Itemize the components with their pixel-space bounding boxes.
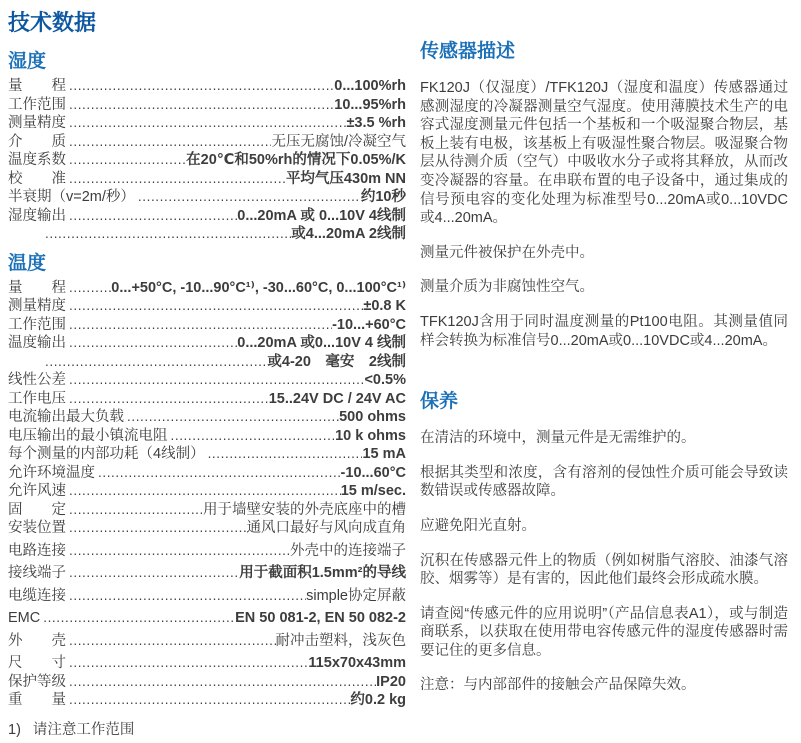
- spec-row: 电缆连接 simple协定屏蔽: [8, 587, 406, 606]
- dot-leader: [205, 445, 363, 464]
- spec-rows: 量 程 0...+50°C, -10...90°C¹⁾, -30...60°C,…: [8, 279, 406, 710]
- dot-leader: [66, 390, 269, 409]
- spec-row: 介 质 无压无腐蚀/冷凝空气: [8, 133, 406, 152]
- spec-row: 固 定 用于墙壁安装的外壳底座中的槽: [8, 501, 406, 520]
- section-paragraphs: FK120J（仅湿度）/TFK120J（湿度和温度）传感器通过感测湿度的冷凝器测…: [420, 79, 788, 350]
- dot-leader: [66, 632, 276, 651]
- dot-leader: [66, 519, 247, 538]
- spec-label: 允许环境温度: [8, 464, 95, 483]
- dot-leader: [66, 96, 334, 115]
- spec-value: -10...60°C: [341, 464, 406, 483]
- spec-value: ±3.5 %rh: [346, 114, 406, 133]
- dot-leader: [66, 334, 237, 353]
- paragraph: 沉积在传感器元件上的物质（例如树脂气溶胶、油漆气溶胶、烟雾等）是有害的，因此他们…: [420, 552, 788, 589]
- dot-leader: [66, 316, 332, 335]
- spec-row: 半衰期（v=2m/秒） 约10秒: [8, 188, 406, 207]
- spec-label: 测量精度: [8, 297, 66, 316]
- dot-leader: [124, 408, 339, 427]
- spec-label: 电流输出最大负载: [8, 408, 124, 427]
- spec-value: 0...100%rh: [334, 77, 406, 96]
- spec-row: 线性公差 <0.5%: [8, 371, 406, 390]
- spec-sections: 湿度 量 程 0...100%rh 工作范围 10...95%rh 测量精度 ±…: [8, 50, 406, 710]
- spec-value: EN 50 081-2, EN 50 082-2: [235, 609, 406, 628]
- spec-row: 电路连接 外壳中的连接端子: [8, 542, 406, 561]
- spec-label: 测量精度: [8, 114, 66, 133]
- dot-leader: [66, 170, 286, 189]
- spec-row: 外 壳 耐冲击塑料，浅灰色: [8, 632, 406, 651]
- spec-label: 保护等级: [8, 673, 66, 692]
- dot-leader: [42, 225, 291, 244]
- spec-label: 温度输出: [8, 334, 66, 353]
- spec-row: 工作范围 -10...+60°C: [8, 316, 406, 335]
- paragraph: 应避免阳光直射。: [420, 517, 788, 536]
- spec-row: 接线端子 用于截面积1.5mm²的导线: [8, 564, 406, 583]
- spec-value: 平均气压430m NN: [286, 170, 406, 189]
- dot-leader: [66, 151, 186, 170]
- footnote-text: 请注意工作范围: [33, 722, 135, 738]
- spec-value: 耐冲击塑料，浅灰色: [276, 632, 407, 651]
- spec-value: 无压无腐蚀/冷凝空气: [271, 133, 406, 152]
- spec-label: 半衰期（v=2m/秒）: [8, 188, 135, 207]
- spec-row: 温度输出 0...20mA 或0...10V 4 线制: [8, 334, 406, 353]
- footnote-marker: 1): [8, 722, 21, 738]
- spec-section: 温度 量 程 0...+50°C, -10...90°C¹⁾, -30...60…: [8, 252, 406, 710]
- section-heading: 传感器描述: [420, 40, 788, 63]
- dot-leader: [66, 501, 203, 520]
- spec-label: 固 定: [8, 501, 66, 520]
- spec-label: 工作范围: [8, 96, 66, 115]
- dot-leader: [66, 371, 364, 390]
- paragraph: 在清洁的环境中，测量元件是无需维护的。: [420, 429, 788, 448]
- spec-row: 重 量 约0.2 kg: [8, 691, 406, 710]
- spec-value: ±0.8 K: [363, 297, 406, 316]
- spec-row: EMC EN 50 081-2, EN 50 082-2: [8, 609, 406, 628]
- spec-value: 约0.2 kg: [350, 691, 406, 710]
- spec-label: EMC: [8, 609, 40, 628]
- spec-label: 介 质: [8, 133, 66, 152]
- spec-value: 外壳中的连接端子: [290, 542, 406, 561]
- spec-row: 安装位置 通风口最好与风向成直角: [8, 519, 406, 538]
- spec-section: 湿度 量 程 0...100%rh 工作范围 10...95%rh 测量精度 ±…: [8, 50, 406, 244]
- spec-value: 用于墙壁安装的外壳底座中的槽: [203, 501, 406, 520]
- spec-label: 电压输出的最小镇流电阻: [8, 427, 168, 446]
- spec-row: 或4...20mA 2线制: [8, 225, 406, 244]
- spec-value: 或4-20 毫安 2线制: [267, 353, 406, 372]
- dot-leader: [66, 133, 271, 152]
- dot-leader: [66, 207, 237, 226]
- spec-value: IP20: [376, 673, 406, 692]
- dot-leader: [66, 587, 306, 606]
- dot-leader: [168, 427, 336, 446]
- section-paragraphs: 在清洁的环境中，测量元件是无需维护的。 根据其类型和浓度，含有溶剂的侵蚀性介质可…: [420, 429, 788, 695]
- spec-label: 每个测量的内部功耗（4线制）: [8, 445, 205, 464]
- dot-leader: [66, 654, 308, 673]
- dot-leader: [66, 77, 334, 96]
- spec-value: 0...20mA 或 0...10V 4线制: [237, 207, 406, 226]
- dot-leader: [66, 542, 290, 561]
- spec-label: 安装位置: [8, 519, 66, 538]
- spec-value: 0...20mA 或0...10V 4 线制: [237, 334, 406, 353]
- spec-value: 15 m/sec.: [341, 482, 406, 501]
- dot-leader: [135, 188, 361, 207]
- dot-leader: [40, 609, 235, 628]
- spec-value: 115x70x43mm: [308, 654, 406, 673]
- spec-value: 15 mA: [362, 445, 406, 464]
- dot-leader: [66, 691, 350, 710]
- page-title: 技术数据: [8, 10, 406, 36]
- spec-value: -10...+60°C: [332, 316, 406, 335]
- spec-row: 工作范围 10...95%rh: [8, 96, 406, 115]
- description-column: 传感器描述 FK120J（仅湿度）/TFK120J（湿度和温度）传感器通过感测湿…: [420, 10, 788, 743]
- spec-label: 重 量: [8, 691, 66, 710]
- paragraph: FK120J（仅湿度）/TFK120J（湿度和温度）传感器通过感测湿度的冷凝器测…: [420, 79, 788, 228]
- spec-row: 测量精度 ±3.5 %rh: [8, 114, 406, 133]
- spec-label: 线性公差: [8, 371, 66, 390]
- dot-leader: [66, 279, 111, 298]
- spec-row: 温度系数 在20℃和50%rh的情况下0.05%/K: [8, 151, 406, 170]
- text-sections: 传感器描述 FK120J（仅湿度）/TFK120J（湿度和温度）传感器通过感测湿…: [420, 40, 788, 695]
- dot-leader: [66, 297, 363, 316]
- dot-leader: [95, 464, 341, 483]
- section-heading: 湿度: [8, 50, 406, 73]
- text-section: 保养 在清洁的环境中，测量元件是无需维护的。 根据其类型和浓度，含有溶剂的侵蚀性…: [420, 390, 788, 695]
- spec-row: 尺 寸 115x70x43mm: [8, 654, 406, 673]
- paragraph: 测量元件被保护在外壳中。: [420, 244, 788, 263]
- spec-value: 15..24V DC / 24V AC: [269, 390, 406, 409]
- spec-row: 工作电压 15..24V DC / 24V AC: [8, 390, 406, 409]
- spec-row: 湿度输出 0...20mA 或 0...10V 4线制: [8, 207, 406, 226]
- spec-label: 接线端子: [8, 564, 66, 583]
- spec-row: 每个测量的内部功耗（4线制） 15 mA: [8, 445, 406, 464]
- paragraph: 请查阅“传感元件的应用说明”（产品信息表A1），或与制造商联系，以获取在使用带电…: [420, 605, 788, 661]
- dot-leader: [66, 564, 239, 583]
- spec-row: 允许环境温度 -10...60°C: [8, 464, 406, 483]
- spec-value: 在20℃和50%rh的情况下0.05%/K: [186, 151, 406, 170]
- spec-label: 工作电压: [8, 390, 66, 409]
- paragraph: TFK120J含用于同时温度测量的Pt100电阻。其测量值同样会转换为标准信号0…: [420, 313, 788, 350]
- spec-value: 通风口最好与风向成直角: [247, 519, 407, 538]
- footnote: 1)请注意工作范围: [8, 721, 406, 740]
- spec-label: 校 准: [8, 170, 66, 189]
- paragraph: 注意：与内部部件的接触会产品保障失效。: [420, 676, 788, 695]
- spec-label: 电路连接: [8, 542, 66, 561]
- spec-value: 0...+50°C, -10...90°C¹⁾, -30...60°C, 0..…: [111, 279, 406, 298]
- spec-label: 工作范围: [8, 316, 66, 335]
- paragraph: 根据其类型和浓度，含有溶剂的侵蚀性介质可能会导致读数错误或传感器故障。: [420, 464, 788, 501]
- spec-label: 电缆连接: [8, 587, 66, 606]
- spec-row: 允许风速 15 m/sec.: [8, 482, 406, 501]
- dot-leader: [42, 353, 267, 372]
- paragraph: 测量介质为非腐蚀性空气。: [420, 278, 788, 297]
- section-heading: 温度: [8, 252, 406, 275]
- dot-leader: [66, 482, 341, 501]
- spec-label: 尺 寸: [8, 654, 66, 673]
- datasheet-page: 技术数据 湿度 量 程 0...100%rh 工作范围 10...95%rh 测…: [0, 0, 801, 743]
- spec-value: <0.5%: [364, 371, 406, 390]
- spec-row: 量 程 0...100%rh: [8, 77, 406, 96]
- spec-row: 或4-20 毫安 2线制: [8, 353, 406, 372]
- text-section: 传感器描述 FK120J（仅湿度）/TFK120J（湿度和温度）传感器通过感测湿…: [420, 40, 788, 350]
- spec-label: 量 程: [8, 77, 66, 96]
- spec-value: 或4...20mA 2线制: [291, 225, 406, 244]
- dot-leader: [66, 673, 376, 692]
- spec-value: 约10秒: [361, 188, 406, 207]
- spec-value: 用于截面积1.5mm²的导线: [239, 564, 406, 583]
- spec-row: 量 程 0...+50°C, -10...90°C¹⁾, -30...60°C,…: [8, 279, 406, 298]
- section-heading: 保养: [420, 390, 788, 413]
- spec-row: 电压输出的最小镇流电阻 10 k ohms: [8, 427, 406, 446]
- spec-label: 温度系数: [8, 151, 66, 170]
- spec-value: 10 k ohms: [335, 427, 406, 446]
- dot-leader: [66, 114, 346, 133]
- spec-value: simple协定屏蔽: [306, 587, 406, 606]
- spec-row: 保护等级 IP20: [8, 673, 406, 692]
- spec-label: 量 程: [8, 279, 66, 298]
- spec-label: 湿度输出: [8, 207, 66, 226]
- specs-column: 技术数据 湿度 量 程 0...100%rh 工作范围 10...95%rh 测…: [8, 10, 406, 743]
- spec-value: 500 ohms: [339, 408, 406, 427]
- spec-value: 10...95%rh: [334, 96, 406, 115]
- spec-row: 测量精度 ±0.8 K: [8, 297, 406, 316]
- spec-rows: 量 程 0...100%rh 工作范围 10...95%rh 测量精度 ±3.5…: [8, 77, 406, 244]
- spec-label: 外 壳: [8, 632, 66, 651]
- spec-label: 允许风速: [8, 482, 66, 501]
- spec-row: 校 准 平均气压430m NN: [8, 170, 406, 189]
- spec-row: 电流输出最大负载 500 ohms: [8, 408, 406, 427]
